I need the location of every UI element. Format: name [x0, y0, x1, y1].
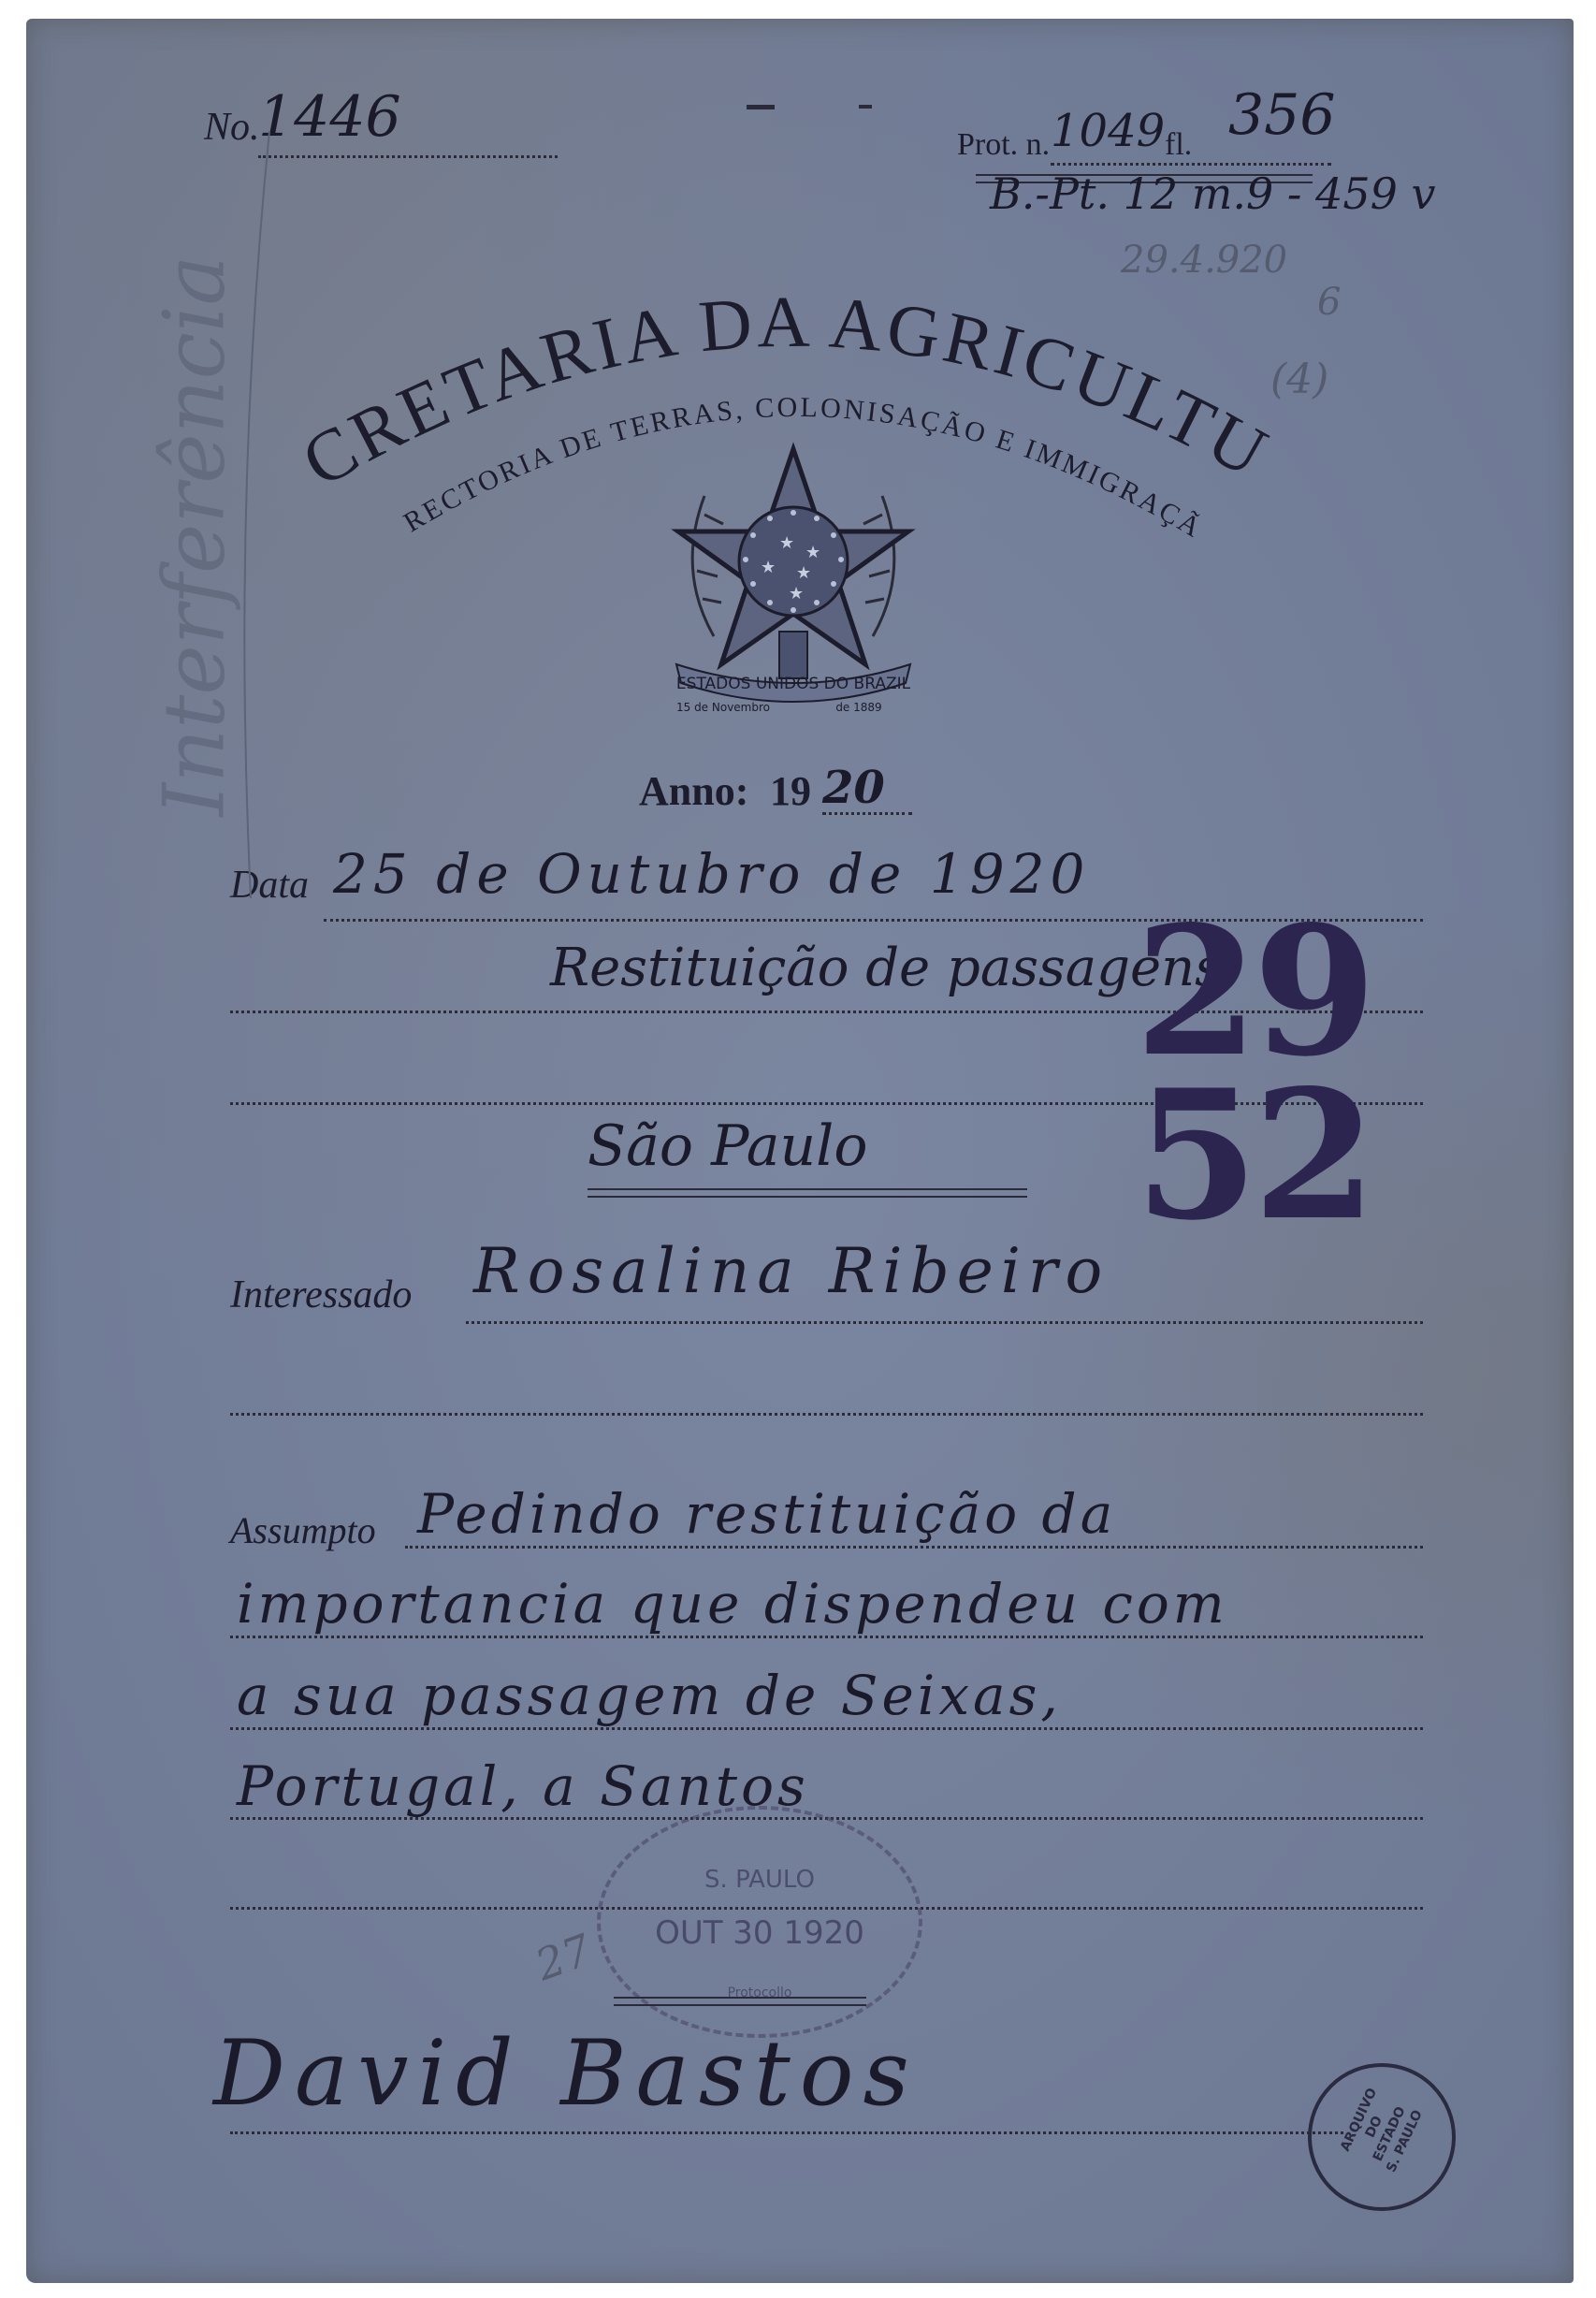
mark-dash: [859, 105, 872, 109]
signature: David Bastos: [213, 2021, 919, 2126]
svg-text:★: ★: [796, 563, 811, 582]
svg-text:★: ★: [761, 558, 776, 576]
svg-text:de 1889: de 1889: [835, 701, 881, 714]
assumpto-field: Assumpto Pedindo restituição da: [230, 1488, 1446, 1563]
protocol-value: 1049: [1051, 105, 1165, 157]
coat-of-arms-emblem: ★★★ ★★ ESTADOS UNIDOS DO BRAZIL 15 de No…: [658, 430, 929, 720]
signature-double-rule: [614, 1997, 866, 2006]
received-stamp-date: OUT 30 1920: [601, 1914, 919, 1952]
interessado-value: Rosalina Ribeiro: [473, 1235, 1110, 1307]
protocol-label: Prot. n.: [957, 127, 1050, 163]
folio-value: 356: [1228, 82, 1336, 148]
year-suffix: 20: [822, 762, 885, 814]
svg-text:★: ★: [805, 543, 820, 561]
assumpto-line-1: Pedindo restituição da: [417, 1482, 1116, 1546]
year-prefix: 19: [770, 767, 811, 815]
folio-label: fl.: [1165, 127, 1192, 163]
assumpto-line-2: importancia que dispendeu com: [237, 1572, 1228, 1636]
assumpto-line-3: a sua passagem de Seixas,: [237, 1664, 1062, 1727]
stamped-number-bottom: 52: [1135, 1076, 1371, 1235]
annotation-reference: B.-Pt. 12 m.9 - 459 v: [990, 168, 1436, 219]
svg-text:★: ★: [779, 533, 794, 552]
svg-text:ESTADOS UNIDOS DO BRAZIL: ESTADOS UNIDOS DO BRAZIL: [676, 675, 911, 693]
year-field: Anno: 19 20: [639, 758, 1013, 823]
received-stamp-city: S. PAULO: [601, 1866, 919, 1894]
svg-text:★: ★: [789, 584, 804, 603]
place-double-rule: [588, 1188, 1027, 1198]
year-label: Anno:: [639, 767, 748, 815]
stamped-number-top: 29: [1135, 912, 1371, 1071]
archive-seal: ARQUIVO DO ESTADO S. PAULO: [1308, 2063, 1456, 2211]
interessado-field: Interessado Rosalina Ribeiro: [230, 1235, 1446, 1329]
interessado-label: Interessado: [230, 1273, 412, 1317]
mark-dash: [747, 105, 775, 109]
assumpto-label: Assumpto: [230, 1508, 376, 1552]
protocol-field: Prot. n. 1049 fl. 356: [957, 82, 1444, 167]
document-sheet: No. 1446 Prot. n. 1049 fl. 356 B.-Pt. 12…: [26, 19, 1574, 2283]
place-value: São Paulo: [588, 1113, 867, 1179]
pencil-number: 27: [530, 1925, 598, 1991]
subject-summary: Restituição de passagens: [550, 938, 1222, 998]
data-value: 25 de Outubro de 1920: [333, 842, 1090, 906]
svg-text:15 de Novembro: 15 de Novembro: [676, 701, 770, 714]
annotation-six: 6: [1317, 281, 1341, 324]
margin-pencil-line: [213, 131, 288, 917]
